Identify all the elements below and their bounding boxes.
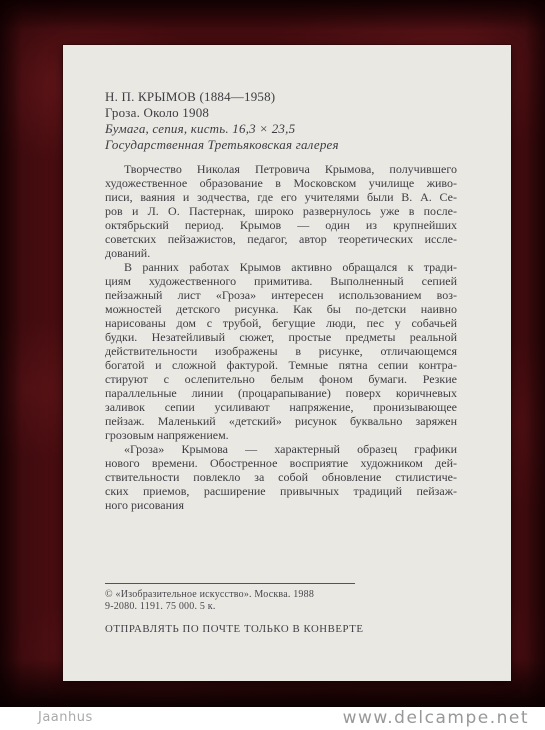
- text-line: можностей детского рисунка. Как бы по-де…: [105, 302, 457, 316]
- leather-backdrop-photo: Н. П. КРЫМОВ (1884—1958) Гроза. Около 19…: [0, 0, 545, 707]
- text-line: действительности изображены в рисунке, о…: [105, 344, 457, 358]
- artwork-title-line: Гроза. Около 1908: [105, 105, 457, 121]
- text-line: грозовым напряжением.: [105, 428, 457, 442]
- text-line: нового времени. Обостренное восприятие х…: [105, 456, 457, 470]
- text-line: ствительности повлекло за собой обновлен…: [105, 470, 457, 484]
- text-line: «Гроза» Крымова — характерный образец гр…: [105, 442, 457, 456]
- text-line: циям художественного примитива. Выполнен…: [105, 274, 457, 288]
- text-line: дований.: [105, 246, 457, 260]
- medium-dimensions-line: Бумага, сепия, кисть. 16,3 × 23,5: [105, 121, 457, 137]
- paragraph-artwork-analysis: В ранних работах Крымов активно обращалс…: [105, 260, 457, 442]
- seller-watermark: Jaanhus: [38, 710, 93, 725]
- text-line: ских приемов, расширение привычных тради…: [105, 484, 457, 498]
- text-line: В ранних работах Крымов активно обращалс…: [105, 260, 457, 274]
- description-text: Творчество Николая Петровича Крымова, по…: [105, 162, 457, 512]
- text-line: октябрьский период. Крымов — один из кру…: [105, 218, 457, 232]
- text-line: параллельные линии (процарапывание) пове…: [105, 386, 457, 400]
- text-line: пейзажный лист «Гроза» интересен использ…: [105, 288, 457, 302]
- postcard-back: Н. П. КРЫМОВ (1884—1958) Гроза. Около 19…: [63, 45, 511, 681]
- text-line: нарисованы дом с трубой, бегущие люди, п…: [105, 316, 457, 330]
- text-line: художественное образование в Московском …: [105, 176, 457, 190]
- text-line: Творчество Николая Петровича Крымова, по…: [105, 162, 457, 176]
- gallery-line: Государственная Третьяковская галерея: [105, 137, 457, 153]
- text-line: стируют с ослепительно белым фоном бумаг…: [105, 372, 457, 386]
- text-line: ров и Л. О. Пастернак, широко развернуло…: [105, 204, 457, 218]
- text-line: ного рисования: [105, 498, 457, 512]
- paragraph-conclusion: «Гроза» Крымова — характерный образец гр…: [105, 442, 457, 512]
- print-code-line: 9-2080. 1191. 75 000. 5 к.: [105, 601, 457, 613]
- mailing-notice-line: ОТПРАВЛЯТЬ ПО ПОЧТЕ ТОЛЬКО В КОНВЕРТЕ: [105, 623, 457, 635]
- text-line: богатой и сложной фактурой. Темные пятна…: [105, 358, 457, 372]
- publisher-line: © «Изобразительное искусство». Москва. 1…: [105, 589, 457, 601]
- text-line: писи, ваяния и зодчества, где его учител…: [105, 190, 457, 204]
- site-watermark: www.delcampe.net: [343, 708, 529, 728]
- watermark-bar: Jaanhus www.delcampe.net: [0, 707, 545, 730]
- paragraph-biography: Творчество Николая Петровича Крымова, по…: [105, 162, 457, 260]
- text-line: советских пейзажистов, педагог, автор те…: [105, 232, 457, 246]
- imprint-divider-line: [105, 583, 355, 584]
- text-line: пейзаж. Маленький «детский» рисунок букв…: [105, 414, 457, 428]
- imprint-block: © «Изобразительное искусство». Москва. 1…: [105, 583, 457, 635]
- text-line: будки. Незатейливый сюжет, простые предм…: [105, 330, 457, 344]
- artist-name-line: Н. П. КРЫМОВ (1884—1958): [105, 89, 457, 105]
- text-line: заливок сепии усиливают напряжение, прон…: [105, 400, 457, 414]
